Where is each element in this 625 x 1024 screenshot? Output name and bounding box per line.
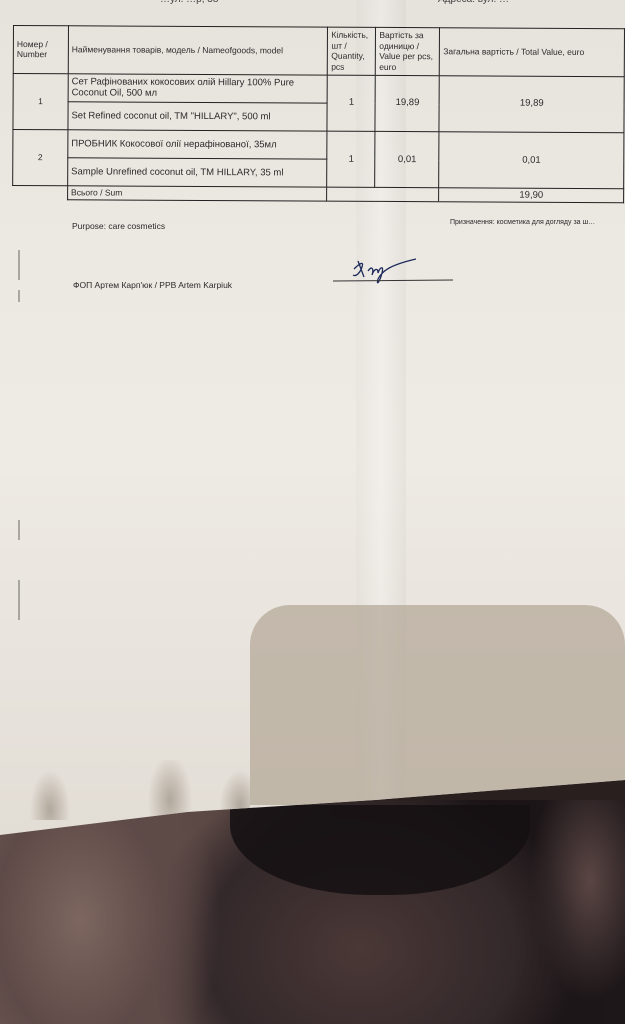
phone-shadow xyxy=(250,605,625,805)
header-name: Найменування товарів, модель / Nameofgoo… xyxy=(68,26,328,75)
purpose-english: Purpose: care cosmetics xyxy=(72,221,165,231)
top-address-fragment-left: …ул. …р, 38 xyxy=(160,0,218,5)
top-address-fragment-right: Адреса: вул. … xyxy=(438,0,509,5)
row-number: 2 xyxy=(13,130,68,186)
row-unit-value: 0,01 xyxy=(375,132,439,188)
goods-table: Номер / Number Найменування товарів, мод… xyxy=(12,25,625,203)
row-total-value: 0,01 xyxy=(439,132,624,189)
row-total-value: 19,89 xyxy=(439,75,624,133)
row-quantity: 1 xyxy=(327,75,375,132)
row-unit-value: 19,89 xyxy=(375,75,439,132)
signer-name: ФОП Артем Карп'юк / PPB Artem Karpiuk xyxy=(73,280,232,290)
margin-mark xyxy=(18,250,20,280)
margin-mark xyxy=(18,520,20,540)
header-quantity: Кількість, шт / Quantity, pcs xyxy=(328,27,376,75)
row-name-ua: ПРОБНИК Кокосової олії нерафінованої, 35… xyxy=(68,130,328,159)
table-row: 1 Сет Рафінованих кокосових олій Hillary… xyxy=(13,73,624,105)
margin-mark xyxy=(18,290,20,302)
margin-mark xyxy=(18,580,20,620)
sum-label: Всього / Sum xyxy=(68,186,328,201)
header-number: Номер / Number xyxy=(13,26,68,74)
sum-value: 19,90 xyxy=(439,188,624,203)
header-unit-value: Вартість за одиницю / Value per pcs, eur… xyxy=(376,27,440,75)
table-row: 2 ПРОБНИК Кокосової олії нерафінованої, … xyxy=(13,130,624,161)
table-header-row: Номер / Number Найменування товарів, мод… xyxy=(13,26,624,77)
row-number: 1 xyxy=(13,73,68,130)
sum-row: Всього / Sum 19,90 xyxy=(13,186,624,203)
signature-icon xyxy=(350,255,420,289)
header-total-value: Загальна вартість / Total Value, euro xyxy=(440,28,625,76)
row-quantity: 1 xyxy=(327,131,375,187)
purpose-ukrainian: Призначення: косметика для догляду за ш… xyxy=(450,219,595,226)
row-name-en: Sample Unrefined coconut oil, TM HILLARY… xyxy=(68,158,328,187)
invoice-paper: …ул. …р, 38 Адреса: вул. … Номер / Numbe… xyxy=(0,0,625,835)
row-name-en: Set Refined coconut oil, TM "HILLARY", 5… xyxy=(68,102,328,131)
row-name-ua: Сет Рафінованих кокосових олій Hillary 1… xyxy=(68,73,328,103)
